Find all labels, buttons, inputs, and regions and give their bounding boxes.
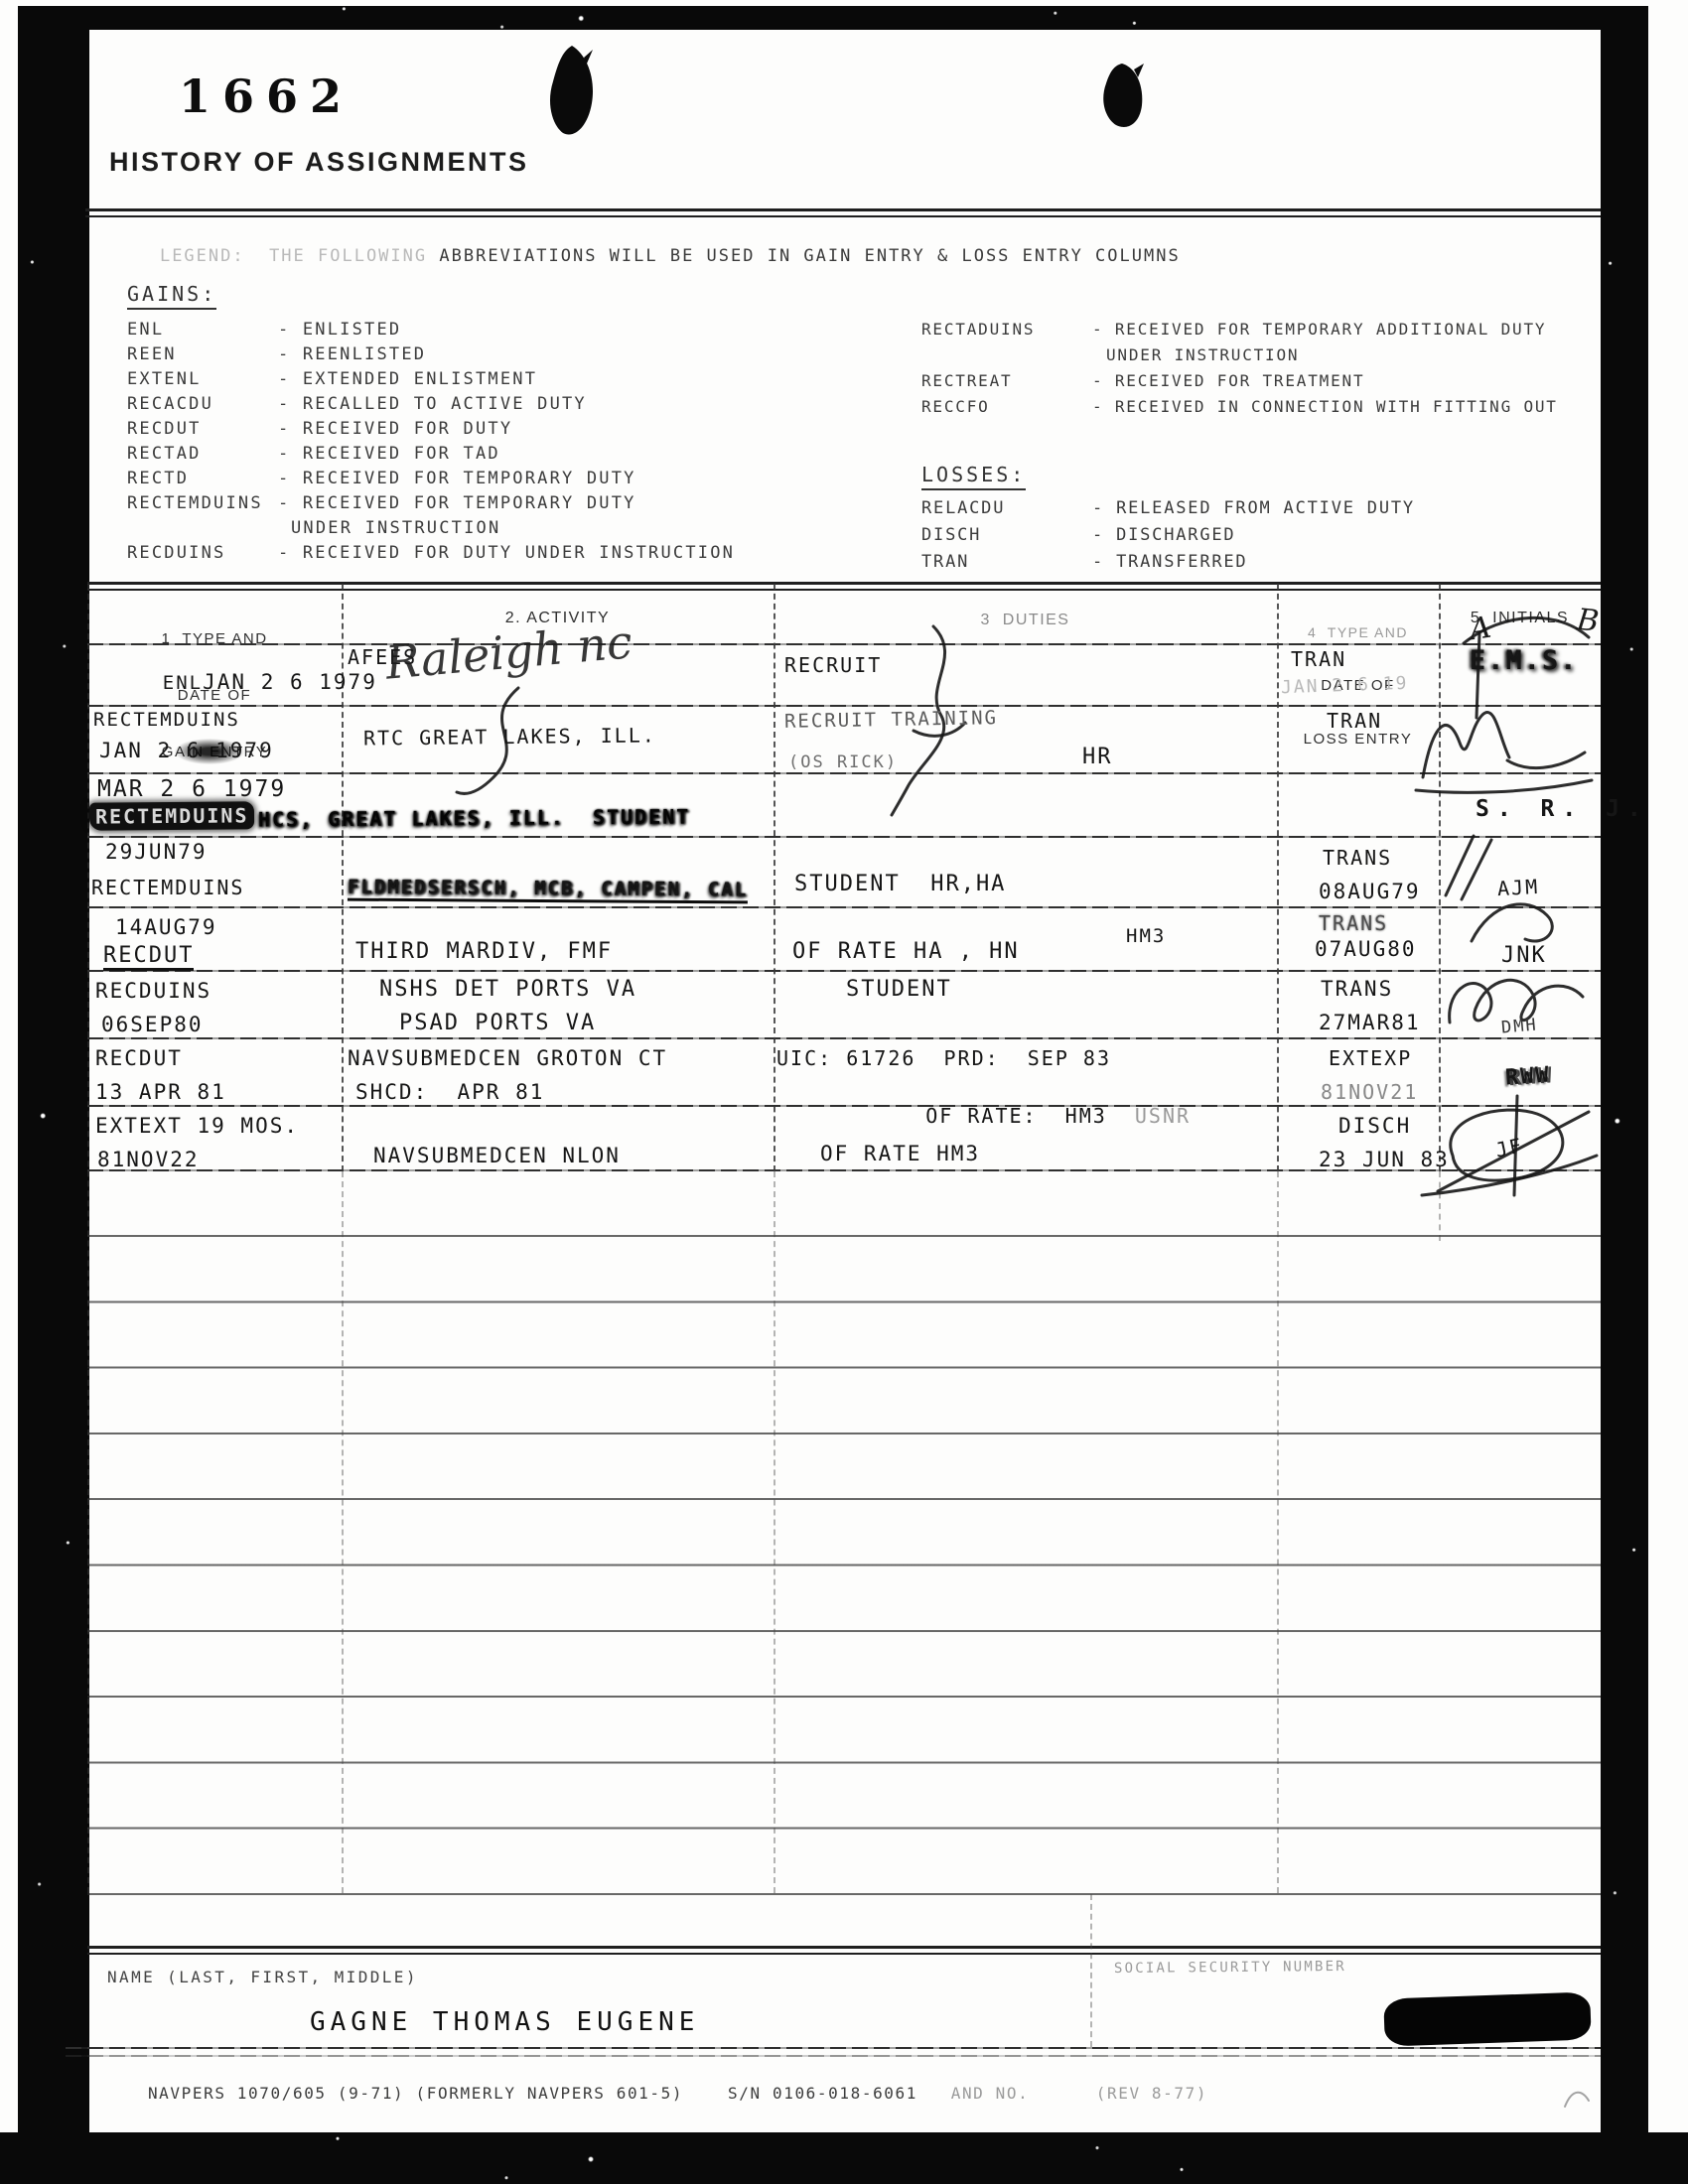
- legend-item: RECDUT- RECEIVED FOR DUTY: [127, 419, 735, 444]
- table-rule: [87, 1037, 1601, 1039]
- abbr: RECTADUINS: [921, 320, 1092, 339]
- gain-entry-date: 13 APR 81: [95, 1080, 226, 1104]
- column-divider: [774, 584, 775, 1171]
- redaction-bar: [1383, 1991, 1592, 2046]
- abbr: ENL: [127, 320, 278, 340]
- document-page: 1662 HISTORY OF ASSIGNMENTS LEGEND: THE …: [0, 0, 1688, 2184]
- initials-entry: DMH: [1500, 1015, 1538, 1037]
- assignments-table: 1 TYPE AND DATE OF GAIN ENTRY 2. ACTIVIT…: [87, 584, 1601, 1958]
- column-header-duties: 3 DUTIES: [774, 612, 1277, 629]
- ssn-label: SOCIAL SECURITY NUMBER: [1114, 1959, 1346, 1977]
- duties-entry: UIC: 61726 PRD: SEP 83: [776, 1046, 1111, 1070]
- abbr: TRAN: [921, 552, 1092, 572]
- gain-entry-date: 29JUN79: [105, 840, 208, 864]
- gain-entry: RECTEMDUINS: [91, 876, 244, 899]
- legend-item: EXTENL- EXTENDED ENLISTMENT: [127, 369, 735, 394]
- duties-entry: STUDENT HR,HA: [794, 872, 1006, 896]
- gain-type: ENL: [163, 672, 203, 694]
- abbr: EXTENL: [127, 369, 278, 389]
- form-revision: AND NO. (REV 8-77): [951, 2084, 1207, 2103]
- abbr: RELACDU: [921, 498, 1092, 518]
- legend-item: DISCH- DISCHARGED: [921, 525, 1415, 552]
- legend-item: RECTADUINS- RECEIVED FOR TEMPORARY ADDIT…: [921, 320, 1558, 345]
- losses-heading: LOSSES:: [921, 463, 1026, 490]
- loss-entry: TRANS: [1321, 977, 1393, 1001]
- form-number: NAVPERS 1070/605 (9-71) (FORMERLY NAVPER…: [148, 2084, 917, 2103]
- gain-entry-date: JAN 2 6 1979: [99, 739, 274, 762]
- table-rule: [87, 1946, 1601, 1955]
- legend-item: RELACDU- RELEASED FROM ACTIVE DUTY: [921, 498, 1415, 525]
- gain-entry-date: 06SEP80: [101, 1013, 204, 1036]
- loss-entry-date: 07AUG80: [1315, 937, 1417, 961]
- gain-entry-date: MAR 2 6 1979: [97, 776, 286, 802]
- loss-entry: DISCH: [1338, 1114, 1411, 1138]
- loss-entry-date: 08AUG79: [1319, 880, 1421, 903]
- legend-intro-text: ABBREVIATIONS WILL BE USED IN GAIN ENTRY…: [439, 246, 1180, 266]
- scan-border-top: [28, 6, 1609, 30]
- loss-entry-date: 27MAR81: [1319, 1011, 1421, 1034]
- legend-item-continuation: UNDER INSTRUCTION: [127, 518, 735, 543]
- losses-legend: LOSSES: RELACDU- RELEASED FROM ACTIVE DU…: [921, 463, 1415, 579]
- gain-date: JAN 2 6 1979: [203, 670, 377, 694]
- abbr: RECTAD: [127, 444, 278, 464]
- legend-intro: LEGEND: THE FOLLOWING ABBREVIATIONS WILL…: [111, 226, 1181, 286]
- loss-entry-date: JAN 2 6 19: [1281, 673, 1409, 698]
- duties-entry: OF RATE HM3: [820, 1142, 980, 1165]
- ink-blot-icon: [1100, 62, 1146, 131]
- desc: UNDER INSTRUCTION: [1106, 345, 1299, 364]
- abbr: RECTD: [127, 469, 278, 488]
- desc: - RECEIVED FOR DUTY UNDER INSTRUCTION: [278, 543, 735, 563]
- header-line: 1 TYPE AND: [87, 629, 342, 648]
- scan-border-bottom: [0, 2132, 1688, 2184]
- activity-entry: THIRD MARDIV, FMF: [355, 939, 613, 964]
- legend-item: ENL- ENLISTED: [127, 320, 735, 344]
- gain-entry: RECDUT: [95, 1046, 183, 1070]
- duties-entry: OF RATE HA , HN: [792, 939, 1020, 964]
- activity-entry: NSHS DET PORTS VA: [379, 977, 636, 1002]
- header-line: 4 TYPE AND: [1277, 623, 1439, 641]
- desc: - RECEIVED FOR TEMPORARY DUTY: [278, 493, 636, 513]
- scan-border-right: [1601, 6, 1648, 2150]
- desc: - REENLISTED: [278, 344, 426, 364]
- gains-heading: GAINS:: [127, 282, 216, 310]
- loss-entry: TRANS: [1319, 911, 1388, 935]
- abbr: RECDUINS: [127, 543, 278, 563]
- name-row-rule: [66, 2055, 1601, 2057]
- gain-entry: RECDUT: [103, 943, 194, 971]
- gain-entry-stamp: RECTEMDUINS: [89, 801, 255, 830]
- duties-rate: OF RATE: HM3: [925, 1104, 1107, 1128]
- name-label: NAME (LAST, FIRST, MIDDLE): [107, 1968, 418, 1986]
- column-divider: [774, 1171, 775, 1893]
- desc: - ENLISTED: [278, 320, 401, 340]
- legend-item: RECTEMDUINS- RECEIVED FOR TEMPORARY DUTY: [127, 493, 735, 518]
- gains-legend: GAINS: ENL- ENLISTED REEN- REENLISTED EX…: [127, 282, 735, 568]
- page-number-stamp: 1662: [179, 69, 353, 123]
- title-rule: [85, 208, 1601, 217]
- empty-row-rules: [87, 1235, 1601, 1895]
- desc: - EXTENDED ENLISTMENT: [278, 369, 537, 389]
- activity-entry: NAVSUBMEDCEN GROTON CT: [348, 1046, 667, 1070]
- legend-intro-faded: LEGEND: THE FOLLOWING: [160, 246, 427, 266]
- abbr: DISCH: [921, 525, 1092, 545]
- gain-entry: RECTEMDUINS: [93, 709, 240, 731]
- legend-item: RECACDU- RECALLED TO ACTIVE DUTY: [127, 394, 735, 419]
- desc: - RECEIVED FOR TAD: [278, 444, 500, 464]
- legend-item: RECDUINS- RECEIVED FOR DUTY UNDER INSTRU…: [127, 543, 735, 568]
- activity-entry: RTC GREAT LAKES, ILL.: [363, 723, 656, 750]
- initials-entry: S. R. J.: [1476, 796, 1649, 822]
- duties-entry: HR: [1082, 745, 1113, 769]
- desc: UNDER INSTRUCTION: [291, 518, 500, 538]
- desc: - RECEIVED FOR TEMPORARY DUTY: [278, 469, 636, 488]
- activity-entry: PSAD PORTS VA: [399, 1011, 596, 1035]
- desc: - RECEIVED FOR TREATMENT: [1092, 371, 1364, 390]
- abbr: RECTREAT: [921, 371, 1092, 390]
- loss-entry: TRAN: [1291, 647, 1346, 671]
- scan-border-left: [18, 6, 89, 2140]
- loss-entry: TRANS: [1323, 846, 1392, 870]
- pencil-mark-icon: [1563, 2085, 1593, 2115]
- desc: - DISCHARGED: [1092, 525, 1235, 545]
- loss-entry: TRAN: [1327, 709, 1382, 733]
- legend-item-continuation: UNDER INSTRUCTION: [921, 345, 1558, 371]
- activity-entry: HCS, GREAT LAKES, ILL. STUDENT: [258, 804, 690, 831]
- legend-item: REEN- REENLISTED: [127, 344, 735, 369]
- abbr: REEN: [127, 344, 278, 364]
- desc: - TRANSFERRED: [1092, 552, 1247, 572]
- table-rule: [87, 906, 1601, 908]
- signature-scribble-icon: [1408, 683, 1597, 800]
- activity-entry: NAVSUBMEDCEN NLON: [373, 1144, 621, 1167]
- column-divider: [1277, 1171, 1279, 1893]
- legend-item: RECTAD- RECEIVED FOR TAD: [127, 444, 735, 469]
- gains-legend-right: RECTADUINS- RECEIVED FOR TEMPORARY ADDIT…: [921, 320, 1558, 423]
- legend-item: TRAN- TRANSFERRED: [921, 552, 1415, 579]
- loss-entry-date: 81NOV21: [1321, 1080, 1418, 1104]
- abbr: RECACDU: [127, 394, 278, 414]
- page-title: HISTORY OF ASSIGNMENTS: [109, 147, 529, 178]
- duties-entry: (OS RICK): [788, 752, 898, 772]
- legend-item: RECCFO- RECEIVED IN CONNECTION WITH FITT…: [921, 397, 1558, 423]
- activity-entry: SHCD: APR 81: [355, 1080, 544, 1104]
- gain-entry-date: 14AUG79: [115, 915, 217, 939]
- initials-entry: RWW: [1504, 1062, 1551, 1090]
- table-rule: [87, 836, 1601, 838]
- abbr: RECTEMDUINS: [127, 493, 278, 513]
- name-value: GAGNE THOMAS EUGENE: [310, 2007, 699, 2037]
- duties-entry: RECRUIT TRAINING: [784, 707, 998, 733]
- loss-entry: EXTEXP: [1329, 1046, 1412, 1070]
- gain-entry-date: 81NOV22: [97, 1148, 200, 1171]
- desc: - RECEIVED IN CONNECTION WITH FITTING OU…: [1092, 397, 1558, 416]
- legend-item: RECTREAT- RECEIVED FOR TREATMENT: [921, 371, 1558, 397]
- duties-rate-faded: USNR: [1135, 1104, 1191, 1128]
- abbr: RECCFO: [921, 397, 1092, 416]
- gain-entry: RECDUINS: [95, 979, 211, 1003]
- table-rule: [87, 970, 1601, 972]
- gain-entry: EXTEXT 19 MOS.: [95, 1114, 299, 1138]
- desc: - RECEIVED FOR DUTY: [278, 419, 512, 439]
- legend-item: RECTD- RECEIVED FOR TEMPORARY DUTY: [127, 469, 735, 493]
- form-footer: NAVPERS 1070/605 (9-71) (FORMERLY NAVPER…: [103, 2065, 1207, 2121]
- column-divider: [342, 1171, 344, 1893]
- gain-entry: ENLJAN 2 6 1979: [93, 651, 377, 713]
- abbr: RECDUT: [127, 419, 278, 439]
- ssn-divider: [1090, 1894, 1092, 2047]
- duties-rate-sup: HM3: [1126, 925, 1166, 947]
- desc: - RECEIVED FOR TEMPORARY ADDITIONAL DUTY: [1092, 320, 1546, 339]
- desc: - RELEASED FROM ACTIVE DUTY: [1092, 498, 1415, 518]
- name-row-rule: [66, 2047, 1601, 2049]
- duties-entry: STUDENT: [846, 977, 952, 1002]
- ink-blot-icon: [546, 46, 598, 139]
- activity-entry: FLDMEDSERSCH, MCB, CAMPEN, CAL: [348, 877, 748, 904]
- desc: - RECALLED TO ACTIVE DUTY: [278, 394, 587, 414]
